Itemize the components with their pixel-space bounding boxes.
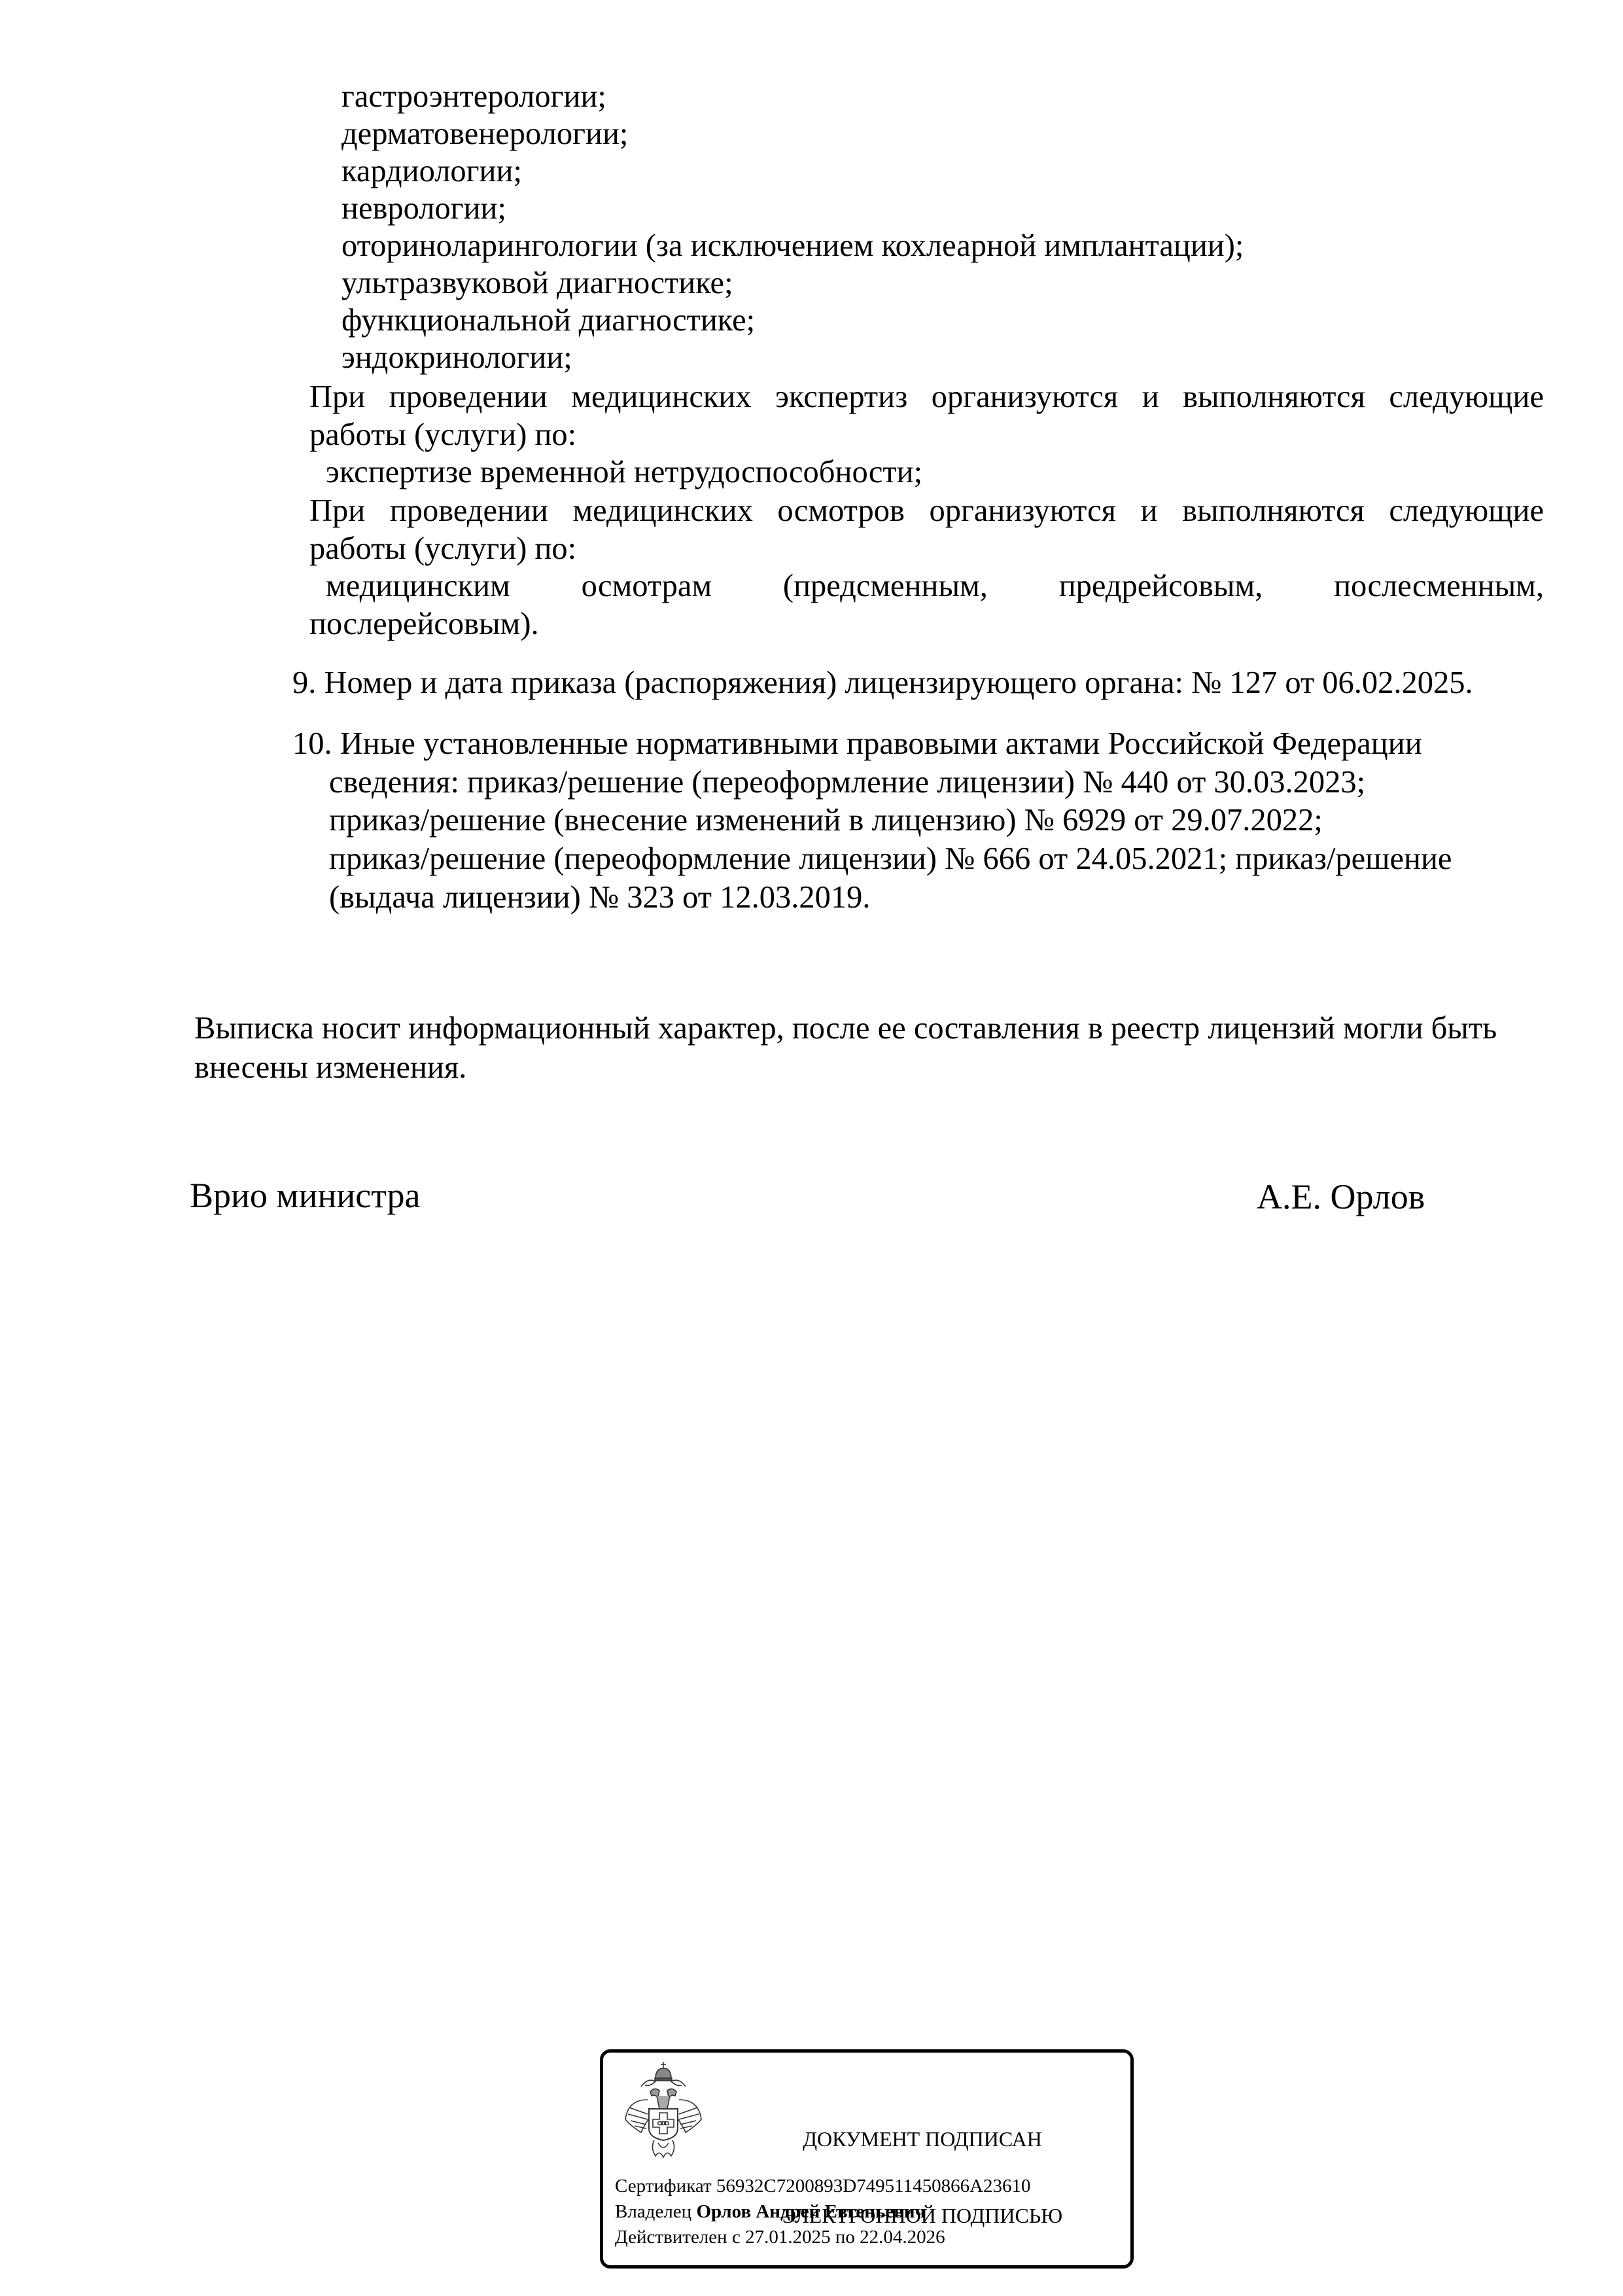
stamp-heading-line: ДОКУМЕНТ ПОДПИСАН <box>727 2127 1117 2152</box>
exams-word: осмотрам <box>582 571 712 603</box>
item-10-line: (выдача лицензии) № 323 от 12.03.2019. <box>329 882 870 914</box>
expertise-intro-continuation: работы (услуги) по: <box>309 419 576 451</box>
list-item: функциональной диагностике; <box>341 305 755 337</box>
exams-word: медицинским <box>326 571 510 603</box>
list-item: дерматовенерологии; <box>341 118 628 150</box>
list-item: гастроэнтерологии; <box>341 81 606 113</box>
owner-row: Владелец Орлов Андрей Евгеньевич <box>615 2202 926 2221</box>
owner-value: Орлов Андрей Евгеньевич <box>696 2201 926 2222</box>
disclaimer-line: внесены изменения. <box>194 1052 466 1084</box>
item-10-line: сведения: приказ/решение (переоформление… <box>329 767 1365 799</box>
list-item: неврологии; <box>341 193 506 225</box>
double-headed-eagle-emblem-icon <box>621 2060 705 2159</box>
exams-word: предрейсовым, <box>1059 571 1263 603</box>
exams-item: медицинским осмотрам (предсменным, предр… <box>326 571 1544 603</box>
validity-label: Действителен <box>615 2227 727 2248</box>
expertise-intro: При проведении медицинских экспертиз орг… <box>309 381 1544 414</box>
list-item: оториноларингологии (за исключением кохл… <box>341 230 1244 262</box>
exams-intro: При проведении медицинских осмотров орга… <box>309 495 1544 527</box>
exams-word: послесменным, <box>1334 571 1544 603</box>
list-item: кардиологии; <box>341 156 522 188</box>
exams-word: (предсменным, <box>783 571 988 603</box>
certificate-row: Сертификат 56932C7200893D749511450866A23… <box>615 2177 1031 2196</box>
item-10-line: приказ/решение (внесение изменений в лиц… <box>329 805 1323 837</box>
item-9-order-number: 9. Номер и дата приказа (распоряжения) л… <box>292 667 1473 699</box>
certificate-label: Сертификат <box>615 2176 712 2197</box>
disclaimer-line: Выписка носит информационный характер, п… <box>194 1013 1497 1045</box>
item-10-line: приказ/решение (переоформление лицензии)… <box>329 843 1452 875</box>
signatory-position: Врио министра <box>190 1178 420 1213</box>
list-item: ультразвуковой диагностике; <box>341 268 733 300</box>
list-item: эндокринологии; <box>341 342 572 374</box>
exams-item-continuation: послерейсовым). <box>309 609 539 641</box>
owner-label: Владелец <box>615 2201 691 2222</box>
item-10-line: 10. Иные установленные нормативными прав… <box>292 728 1422 760</box>
expertise-item: экспертизе временной нетрудоспособности; <box>326 457 922 489</box>
electronic-signature-stamp: ДОКУМЕНТ ПОДПИСАН ЭЛЕКТРОННОЙ ПОДПИСЬЮ С… <box>600 2049 1134 2269</box>
signatory-name: А.Е. Орлов <box>1257 1179 1425 1214</box>
validity-value: с 27.01.2025 по 22.04.2026 <box>732 2227 945 2248</box>
certificate-value: 56932C7200893D749511450866A23610 <box>716 2176 1031 2197</box>
exams-intro-continuation: работы (услуги) по: <box>309 533 576 565</box>
validity-row: Действителен с 27.01.2025 по 22.04.2026 <box>615 2228 945 2247</box>
